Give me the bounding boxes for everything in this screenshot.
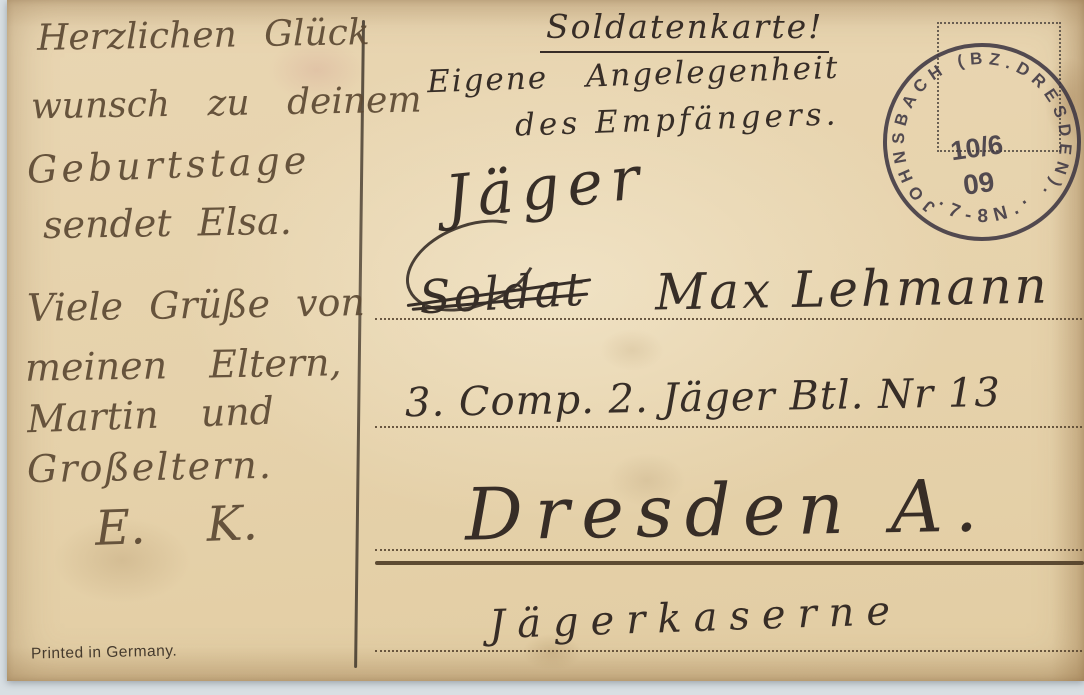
recipient-note-line-2: des Empfängers. [515,99,840,141]
message-line-8: Großeltern. [27,446,274,488]
address-rule-2 [375,426,1082,428]
postmark-date: 10/6 [949,129,1005,166]
card-type-title-text: Soldatenkarte! [540,7,829,53]
message-line-1: Herzlichen Glück [37,15,370,57]
message-line-4: sendet Elsa. [43,202,292,244]
message-line-3: Geburtstage [26,141,310,189]
address-rank-crossed-out: Soldat [418,266,587,321]
message-line-5: Viele Grüße von [27,283,366,327]
recipient-note-line-1: Eigene Angelegenheit [427,53,840,98]
address-rule-4 [375,650,1082,652]
address-rank-written: Jäger [442,148,650,229]
card-type-title: Soldatenkarte! [540,10,829,43]
address-rule-underline [375,561,1084,565]
message-signature-initials: E. K. [94,499,258,553]
address-city: Dresden A. [464,469,990,550]
message-line-6: meinen Eltern, [25,343,342,387]
message-line-7: Martin und [26,392,274,439]
address-unit: 3. Comp. 2. Jäger Btl. Nr 13 [405,373,1001,423]
postmark: JOHNSBACH (BZ.DRESDEN). ·7-8N.· 10/6 09 [859,18,1084,270]
address-barracks: Jägerkaserne [488,591,902,645]
address-rule-3 [375,549,1082,551]
printed-in-germany-note: Printed in Germany. [31,642,178,663]
postmark-year: 09 [961,166,996,201]
postcard: Herzlichen Glück wunsch zu deinem Geburt… [7,0,1084,681]
message-line-2: wunsch zu deinem [31,83,422,126]
address-rule-1 [375,318,1082,320]
